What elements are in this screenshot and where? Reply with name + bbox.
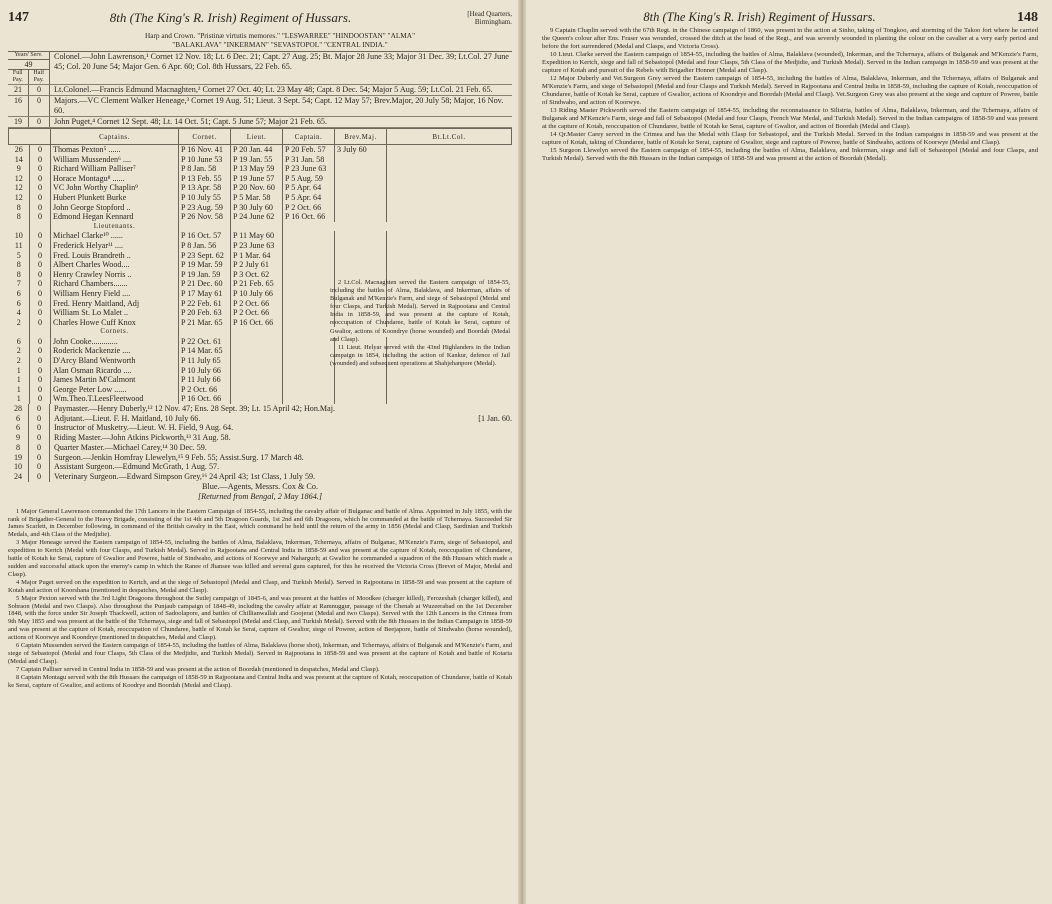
officer-text: Colonel.—John Lawrenson,¹ Cornet 12 Nov.… bbox=[50, 52, 512, 84]
full-pay-years: 6 bbox=[9, 289, 30, 299]
captain-date bbox=[283, 270, 335, 280]
half-pay-header: Half Pay. bbox=[29, 70, 49, 84]
captain-row: 80John George Stopford ..P 23 Aug. 59P 3… bbox=[9, 203, 512, 213]
col-cornet: Cornet. bbox=[179, 129, 231, 145]
footnote: 7 Captain Palliser served in Central Ind… bbox=[8, 666, 512, 674]
book-spread: 147 8th (The King's R. Irish) Regiment o… bbox=[0, 0, 1052, 904]
brevet-major-date bbox=[335, 251, 387, 261]
field-officers: Years' Serv. 49 Full Pay. Half Pay. Colo… bbox=[8, 51, 512, 128]
staff-row: 280Paymaster.—Henry Duberly,¹² 12 Nov. 4… bbox=[8, 404, 512, 414]
full-pay-years: 1 bbox=[9, 394, 30, 404]
brevet-major-date bbox=[335, 183, 387, 193]
brevet-major-date bbox=[335, 241, 387, 251]
footnote: 13 Riding Master Pickworth served the Ea… bbox=[542, 107, 1038, 131]
half-pay-years: 0 bbox=[29, 96, 50, 116]
officer-name: George Peter Low ...... bbox=[51, 385, 179, 395]
brevet-major-date bbox=[335, 155, 387, 165]
cornet-date: P 16 Nov. 41 bbox=[179, 145, 231, 155]
staff-entry: Surgeon.—Jenkin Homfray Llewelyn,¹⁵ 9 Fe… bbox=[50, 453, 512, 463]
cornet-date: P 22 Oct. 61 bbox=[179, 337, 231, 347]
cornet-date: P 21 Mar. 65 bbox=[179, 318, 231, 328]
officer-name: Hubert Plunkett Burke bbox=[51, 193, 179, 203]
half-pay-years: 0 bbox=[29, 85, 50, 95]
running-title: 8th (The King's R. Irish) Regiment of Hu… bbox=[542, 10, 977, 25]
brevet-major-date bbox=[335, 270, 387, 280]
captain-date: P 5 Aug. 59 bbox=[283, 174, 335, 184]
brevet-major-date bbox=[335, 193, 387, 203]
brevet-lt-col-date bbox=[387, 375, 512, 385]
col-brev-maj: Brev.Maj. bbox=[335, 129, 387, 145]
lieut-date: P 11 May 60 bbox=[231, 231, 283, 241]
lieut-date bbox=[231, 375, 283, 385]
full-pay-years: 2 bbox=[9, 356, 30, 366]
officer-name: Albert Charles Wood.... bbox=[51, 260, 179, 270]
footnote: 3 Major Heneage served the Eastern campa… bbox=[8, 539, 512, 579]
full-pay-years: 1 bbox=[9, 366, 30, 376]
left-page: 147 8th (The King's R. Irish) Regiment o… bbox=[0, 0, 520, 904]
cornet-date: P 11 July 66 bbox=[179, 375, 231, 385]
full-pay-years: 2 bbox=[9, 346, 30, 356]
brevet-major-date bbox=[335, 164, 387, 174]
brevet-lt-col-date bbox=[387, 251, 512, 261]
captain-date bbox=[283, 366, 335, 376]
brevet-lt-col-date bbox=[387, 394, 512, 404]
side-notes: 2 Lt.Col. Macnaghten served the Eastern … bbox=[330, 279, 510, 368]
years-total: 49 bbox=[8, 59, 49, 69]
officer-name: John George Stopford .. bbox=[51, 203, 179, 213]
side-note: 2 Lt.Col. Macnaghten served the Eastern … bbox=[330, 279, 510, 344]
half-pay-years: 0 bbox=[30, 385, 51, 395]
captain-row: 140William Mussenden⁶ ....P 10 June 53P … bbox=[9, 155, 512, 165]
full-pay-years: 12 bbox=[9, 174, 30, 184]
brevet-major-date bbox=[335, 203, 387, 213]
officer-name: Henry Crawley Norris .. bbox=[51, 270, 179, 280]
footnote: 12 Major Duberly and Vet.Surgeon Grey se… bbox=[542, 75, 1038, 107]
captain-row: 80Edmond Hegan KennardP 26 Nov. 58P 24 J… bbox=[9, 212, 512, 222]
brevet-lt-col-date bbox=[387, 193, 512, 203]
agents-line: Blue.—Agents, Messrs. Cox & Co. [Returne… bbox=[8, 482, 512, 502]
captain-date bbox=[283, 299, 335, 309]
lieut-date: P 19 June 57 bbox=[231, 174, 283, 184]
footnote: 8 Captain Montagu served with the 8th Hu… bbox=[8, 674, 512, 690]
captain-date bbox=[283, 394, 335, 404]
staff-entry: Quarter Master.—Michael Carey,¹⁴ 30 Dec.… bbox=[50, 443, 512, 453]
lieutenant-row: 80Henry Crawley Norris ..P 19 Jan. 59P 3… bbox=[9, 270, 512, 280]
full-pay-years: 4 bbox=[9, 308, 30, 318]
full-pay-years: 16 bbox=[8, 96, 29, 116]
lieut-date bbox=[231, 385, 283, 395]
lieut-date: P 20 Nov. 60 bbox=[231, 183, 283, 193]
officer-row: Years' Serv. 49 Full Pay. Half Pay. Colo… bbox=[8, 52, 512, 85]
col-captains: Captains. bbox=[51, 129, 179, 145]
right-page-header: 8th (The King's R. Irish) Regiment of Hu… bbox=[542, 10, 1038, 26]
captain-date bbox=[283, 346, 335, 356]
agents: Blue.—Agents, Messrs. Cox & Co. bbox=[8, 482, 512, 492]
returned-from: [Returned from Bengal, 2 May 1864.] bbox=[8, 492, 512, 502]
brevet-lt-col-date bbox=[387, 260, 512, 270]
brevet-lt-col-date bbox=[387, 145, 512, 155]
cornet-date: P 22 Feb. 61 bbox=[179, 299, 231, 309]
full-pay-years: 9 bbox=[8, 433, 29, 443]
half-pay-years: 0 bbox=[30, 279, 51, 289]
lieut-date bbox=[231, 337, 283, 347]
half-pay-years: 0 bbox=[29, 433, 50, 443]
officer-name: William Henry Field .... bbox=[51, 289, 179, 299]
cornet-date: P 23 Sept. 62 bbox=[179, 251, 231, 261]
half-pay-years: 0 bbox=[30, 203, 51, 213]
half-pay-years: 0 bbox=[30, 375, 51, 385]
full-pay-years: 10 bbox=[8, 462, 29, 472]
footnote: 14 Qr.Master Carey served in the Crimea … bbox=[542, 131, 1038, 147]
full-pay-years: 8 bbox=[9, 260, 30, 270]
captain-date bbox=[283, 260, 335, 270]
running-title: 8th (The King's R. Irish) Regiment of Hu… bbox=[29, 10, 432, 26]
brevet-major-date bbox=[335, 385, 387, 395]
officer-name: Fred. Henry Maitland, Adj bbox=[51, 299, 179, 309]
page-number: 147 bbox=[8, 10, 29, 26]
footnote: 9 Captain Chaplin served with the 67th R… bbox=[542, 27, 1038, 51]
footnotes: 9 Captain Chaplin served with the 67th R… bbox=[542, 27, 1038, 163]
cornet-date: P 21 Dec. 60 bbox=[179, 279, 231, 289]
lieut-date bbox=[231, 394, 283, 404]
half-pay-years: 0 bbox=[30, 164, 51, 174]
brevet-lt-col-date bbox=[387, 155, 512, 165]
cornet-row: 10Wm.Theo.T.LeesFleetwoodP 16 Oct. 66 bbox=[9, 394, 512, 404]
full-pay-years: 24 bbox=[8, 472, 29, 482]
full-pay-years: 10 bbox=[9, 231, 30, 241]
officer-row: 16 0 Majors.—VC Clement Walker Heneage,³… bbox=[8, 96, 512, 117]
lieut-date: P 5 Mar. 58 bbox=[231, 193, 283, 203]
cornet-date: P 19 Mar. 59 bbox=[179, 260, 231, 270]
cornet-date: P 13 Feb. 55 bbox=[179, 174, 231, 184]
half-pay-years: 0 bbox=[30, 155, 51, 165]
brevet-major-date: 3 July 60 bbox=[335, 145, 387, 155]
captain-date bbox=[283, 308, 335, 318]
staff-entry: Instructor of Musketry.—Lieut. W. H. Fie… bbox=[50, 423, 512, 433]
cornet-date: P 16 Oct. 66 bbox=[179, 394, 231, 404]
full-pay-years: 19 bbox=[8, 453, 29, 463]
footnotes: 1 Major General Lawrenson commanded the … bbox=[8, 508, 512, 690]
regimental-staff: 280Paymaster.—Henry Duberly,¹² 12 Nov. 4… bbox=[8, 404, 512, 482]
full-pay-years: 8 bbox=[8, 443, 29, 453]
captain-date bbox=[283, 231, 335, 241]
lieut-date: P 16 Oct. 66 bbox=[231, 318, 283, 328]
staff-entry: Assistant Surgeon.—Edmund McGrath, 1 Aug… bbox=[50, 462, 512, 472]
half-pay-years: 0 bbox=[30, 289, 51, 299]
half-pay-years: 0 bbox=[30, 174, 51, 184]
captain-date bbox=[283, 318, 335, 328]
half-pay-years: 0 bbox=[29, 117, 50, 127]
lieut-date: P 1 Mar. 64 bbox=[231, 251, 283, 261]
full-pay-years: 8 bbox=[9, 212, 30, 222]
half-pay-years: 0 bbox=[30, 299, 51, 309]
brevet-lt-col-date bbox=[387, 212, 512, 222]
officer-text: Majors.—VC Clement Walker Heneage,³ Corn… bbox=[50, 96, 512, 116]
lieut-date: P 13 May 59 bbox=[231, 164, 283, 174]
lieut-date: P 19 Jan. 55 bbox=[231, 155, 283, 165]
captain-date: P 31 Jan. 58 bbox=[283, 155, 335, 165]
brevet-lt-col-date bbox=[387, 270, 512, 280]
brevet-lt-col-date bbox=[387, 183, 512, 193]
brevet-major-date bbox=[335, 394, 387, 404]
officer-row: 19 0 John Puget,⁴ Cornet 12 Sept. 48; Lt… bbox=[8, 117, 512, 128]
lieut-date: P 24 June 62 bbox=[231, 212, 283, 222]
lieut-date: P 2 Oct. 66 bbox=[231, 299, 283, 309]
cornet-date: P 20 Feb. 63 bbox=[179, 308, 231, 318]
captain-row: 120Hubert Plunkett BurkeP 10 July 55P 5 … bbox=[9, 193, 512, 203]
captain-date: P 2 Oct. 66 bbox=[283, 203, 335, 213]
cornet-date: P 19 Jan. 59 bbox=[179, 270, 231, 280]
officer-name: Michael Clarke¹⁰ ...... bbox=[51, 231, 179, 241]
cornet-row: 10George Peter Low ......P 2 Oct. 66 bbox=[9, 385, 512, 395]
brevet-lt-col-date bbox=[387, 174, 512, 184]
officer-name: Richard Chambers....... bbox=[51, 279, 179, 289]
officer-name: John Cooke............. bbox=[51, 337, 179, 347]
brevet-lt-col-date bbox=[387, 164, 512, 174]
captain-date bbox=[283, 356, 335, 366]
lieut-date bbox=[231, 366, 283, 376]
brevet-lt-col-date bbox=[387, 241, 512, 251]
officer-name: Horace Montagu⁸ ...... bbox=[51, 174, 179, 184]
officer-text: John Puget,⁴ Cornet 12 Sept. 48; Lt. 14 … bbox=[50, 117, 512, 127]
officer-name: Fred. Louis Brandreth .. bbox=[51, 251, 179, 261]
staff-entry: Veterinary Surgeon.—Edward Simpson Grey,… bbox=[50, 472, 512, 482]
cornet-date: P 23 Aug. 59 bbox=[179, 203, 231, 213]
captain-date: P 5 Apr. 64 bbox=[283, 183, 335, 193]
full-pay-header: Full Pay. bbox=[8, 70, 29, 84]
cornet-date: P 17 May 61 bbox=[179, 289, 231, 299]
half-pay-years: 0 bbox=[30, 193, 51, 203]
half-pay-years: 0 bbox=[29, 462, 50, 472]
cornet-date: P 16 Oct. 57 bbox=[179, 231, 231, 241]
col-bt-lt-col: Bt.Lt.Col. bbox=[387, 129, 512, 145]
rank-table-header: Captains. Cornet. Lieut. Captain. Brev.M… bbox=[9, 129, 512, 145]
full-pay-years: 1 bbox=[9, 385, 30, 395]
staff-row: 100Assistant Surgeon.—Edmund McGrath, 1 … bbox=[8, 462, 512, 472]
half-pay-years: 0 bbox=[29, 404, 50, 414]
officer-name: James Martin M'Calmont bbox=[51, 375, 179, 385]
half-pay-years: 0 bbox=[30, 241, 51, 251]
staff-entry: Adjutant.—Lieut. F. H. Maitland, 10 July… bbox=[50, 414, 478, 424]
half-pay-years: 0 bbox=[30, 337, 51, 347]
cornet-date: P 10 July 55 bbox=[179, 193, 231, 203]
captain-date bbox=[283, 241, 335, 251]
lieutenant-row: 80Albert Charles Wood....P 19 Mar. 59P 2… bbox=[9, 260, 512, 270]
half-pay-years: 0 bbox=[29, 472, 50, 482]
lieut-date: P 2 July 61 bbox=[231, 260, 283, 270]
section-cornets: Cornets. bbox=[51, 327, 179, 337]
officer-name: Edmond Hegan Kennard bbox=[51, 212, 179, 222]
captain-date bbox=[283, 375, 335, 385]
cornet-row: 10James Martin M'CalmontP 11 July 66 bbox=[9, 375, 512, 385]
officer-name: Roderick Mackenzie .... bbox=[51, 346, 179, 356]
half-pay-years: 0 bbox=[30, 251, 51, 261]
lieut-date: P 23 June 63 bbox=[231, 241, 283, 251]
officer-row: 21 0 Lt.Colonel.—Francis Edmund Macnaght… bbox=[8, 85, 512, 96]
captain-row: 120Horace Montagu⁸ ......P 13 Feb. 55P 1… bbox=[9, 174, 512, 184]
brevet-lt-col-date bbox=[387, 231, 512, 241]
captain-date bbox=[283, 279, 335, 289]
officer-text: Lt.Colonel.—Francis Edmund Macnaghten,² … bbox=[50, 85, 512, 95]
footnote: 5 Major Pexton served with the 3rd Light… bbox=[8, 595, 512, 642]
cornet-date: P 2 Oct. 66 bbox=[179, 385, 231, 395]
half-pay-years: 0 bbox=[30, 366, 51, 376]
half-pay-years: 0 bbox=[30, 318, 51, 328]
regimental-honours: Harp and Crown. "Pristinæ virtutis memor… bbox=[48, 32, 512, 49]
captain-date bbox=[283, 385, 335, 395]
full-pay-years: 6 bbox=[9, 337, 30, 347]
half-pay-years: 0 bbox=[29, 414, 50, 424]
half-pay-years: 0 bbox=[30, 212, 51, 222]
lieutenant-row: 110Frederick Helyar¹¹ ....P 8 Jan. 56P 2… bbox=[9, 241, 512, 251]
officer-name: Wm.Theo.T.LeesFleetwood bbox=[51, 394, 179, 404]
officer-name: D'Arcy Bland Wentworth bbox=[51, 356, 179, 366]
staff-row: 80Quarter Master.—Michael Carey,¹⁴ 30 De… bbox=[8, 443, 512, 453]
left-page-header: 147 8th (The King's R. Irish) Regiment o… bbox=[8, 10, 512, 32]
full-pay-years: 12 bbox=[9, 193, 30, 203]
full-pay-years: 6 bbox=[9, 299, 30, 309]
brevet-major-date bbox=[335, 174, 387, 184]
full-pay-years: 1 bbox=[9, 375, 30, 385]
lieutenant-row: 50Fred. Louis Brandreth ..P 23 Sept. 62P… bbox=[9, 251, 512, 261]
full-pay-years: 12 bbox=[9, 183, 30, 193]
lieut-date: P 2 Oct. 66 bbox=[231, 308, 283, 318]
staff-row: 240Veterinary Surgeon.—Edward Simpson Gr… bbox=[8, 472, 512, 482]
cornet-date: P 8 Jan. 56 bbox=[179, 241, 231, 251]
footnote: 6 Captain Mussenden served the Eastern c… bbox=[8, 642, 512, 666]
full-pay-years: 6 bbox=[8, 423, 29, 433]
officer-name: Richard William Palliser⁷ bbox=[51, 164, 179, 174]
staff-entry: Riding Master.—John Atkins Pickworth,¹³ … bbox=[50, 433, 512, 443]
footnote: 15 Surgeon Llewelyn served the Eastern c… bbox=[542, 147, 1038, 163]
page-number: 148 bbox=[1017, 10, 1038, 26]
cornet-date: P 13 Apr. 58 bbox=[179, 183, 231, 193]
footnote: 1 Major General Lawrenson commanded the … bbox=[8, 508, 512, 540]
cornet-date: P 14 Mar. 65 bbox=[179, 346, 231, 356]
brevet-lt-col-date bbox=[387, 385, 512, 395]
cornet-date: P 10 June 53 bbox=[179, 155, 231, 165]
lieut-date: P 3 Oct. 62 bbox=[231, 270, 283, 280]
captain-date: P 23 June 63 bbox=[283, 164, 335, 174]
captain-date bbox=[283, 289, 335, 299]
section-lieutenants: Lieutenants. bbox=[51, 222, 179, 232]
full-pay-years: 8 bbox=[9, 270, 30, 280]
brevet-major-date bbox=[335, 375, 387, 385]
officer-name: Charles Howe Cuff Knox bbox=[51, 318, 179, 328]
captain-date: P 20 Feb. 57 bbox=[283, 145, 335, 155]
officer-name: VC John Worthy Chaplin⁹ bbox=[51, 183, 179, 193]
staff-row: 190Surgeon.—Jenkin Homfray Llewelyn,¹⁵ 9… bbox=[8, 453, 512, 463]
brevet-major-date bbox=[335, 231, 387, 241]
full-pay-years: 21 bbox=[8, 85, 29, 95]
half-pay-years: 0 bbox=[29, 453, 50, 463]
captain-date: P 16 Oct. 66 bbox=[283, 212, 335, 222]
half-pay-years: 0 bbox=[30, 308, 51, 318]
half-pay-years: 0 bbox=[30, 394, 51, 404]
col-captain: Captain. bbox=[283, 129, 335, 145]
half-pay-years: 0 bbox=[30, 356, 51, 366]
cornet-date: P 8 Jan. 58 bbox=[179, 164, 231, 174]
officer-name: Frederick Helyar¹¹ .... bbox=[51, 241, 179, 251]
half-pay-years: 0 bbox=[30, 270, 51, 280]
full-pay-years: 2 bbox=[9, 318, 30, 328]
brevet-lt-col-date bbox=[387, 203, 512, 213]
staff-entry: Paymaster.—Henry Duberly,¹² 12 Nov. 47; … bbox=[50, 404, 512, 414]
lieutenant-row: 100Michael Clarke¹⁰ ......P 16 Oct. 57P … bbox=[9, 231, 512, 241]
captain-date: P 5 Apr. 64 bbox=[283, 193, 335, 203]
full-pay-years: 5 bbox=[9, 251, 30, 261]
footnote: 10 Lieut. Clarke served the Eastern camp… bbox=[542, 51, 1038, 75]
half-pay-years: 0 bbox=[29, 443, 50, 453]
lieut-date: P 21 Feb. 65 bbox=[231, 279, 283, 289]
side-note: 11 Lieut. Helyar served with the 43nd Hi… bbox=[330, 344, 510, 368]
lieut-date: P 10 July 66 bbox=[231, 289, 283, 299]
full-pay-years: 6 bbox=[8, 414, 29, 424]
cornet-date: P 10 July 66 bbox=[179, 366, 231, 376]
half-pay-years: 0 bbox=[29, 423, 50, 433]
officer-name: Thomas Pexton⁵ ...... bbox=[51, 145, 179, 155]
officer-name: William St. Lo Malet .. bbox=[51, 308, 179, 318]
full-pay-years: 26 bbox=[9, 145, 30, 155]
half-pay-years: 0 bbox=[30, 183, 51, 193]
full-pay-years: 19 bbox=[8, 117, 29, 127]
footnote: 4 Major Puget served on the expedition t… bbox=[8, 579, 512, 595]
lieut-date bbox=[231, 356, 283, 366]
staff-entry-continuation: [1 Jan. 60. bbox=[478, 414, 512, 424]
officer-name: Alan Osman Ricardo .... bbox=[51, 366, 179, 376]
full-pay-years: 8 bbox=[9, 203, 30, 213]
col-lieut: Lieut. bbox=[231, 129, 283, 145]
half-pay-years: 0 bbox=[30, 145, 51, 155]
full-pay-years: 28 bbox=[8, 404, 29, 414]
staff-row: 90Riding Master.—John Atkins Pickworth,¹… bbox=[8, 433, 512, 443]
full-pay-years: 9 bbox=[9, 164, 30, 174]
lieut-date: P 30 July 60 bbox=[231, 203, 283, 213]
half-pay-years: 0 bbox=[30, 346, 51, 356]
staff-row: 60Adjutant.—Lieut. F. H. Maitland, 10 Ju… bbox=[8, 414, 512, 424]
half-pay-years: 0 bbox=[30, 231, 51, 241]
captain-date bbox=[283, 337, 335, 347]
officer-name: William Mussenden⁶ .... bbox=[51, 155, 179, 165]
staff-row: 60Instructor of Musketry.—Lieut. W. H. F… bbox=[8, 423, 512, 433]
full-pay-years: 14 bbox=[9, 155, 30, 165]
captain-date bbox=[283, 251, 335, 261]
honours-line: "BALAKLAVA" "INKERMAN" "SEVASTOPOL" "CEN… bbox=[48, 41, 512, 50]
right-page: 8th (The King's R. Irish) Regiment of Hu… bbox=[526, 0, 1052, 904]
full-pay-years: 11 bbox=[9, 241, 30, 251]
cornet-date: P 26 Nov. 58 bbox=[179, 212, 231, 222]
captain-row: 90Richard William Palliser⁷P 8 Jan. 58P … bbox=[9, 164, 512, 174]
full-pay-years: 7 bbox=[9, 279, 30, 289]
years-serv-header: Years' Serv. bbox=[8, 52, 49, 59]
brevet-major-date bbox=[335, 212, 387, 222]
cornet-date: P 11 July 65 bbox=[179, 356, 231, 366]
lieut-date bbox=[231, 346, 283, 356]
brevet-major-date bbox=[335, 260, 387, 270]
captain-row: 260Thomas Pexton⁵ ......P 16 Nov. 41P 20… bbox=[9, 145, 512, 155]
half-pay-years: 0 bbox=[30, 260, 51, 270]
lieut-date: P 20 Jan. 44 bbox=[231, 145, 283, 155]
captain-row: 120VC John Worthy Chaplin⁹P 13 Apr. 58P … bbox=[9, 183, 512, 193]
head-quarters: [Head Quarters, Birmingham. bbox=[432, 10, 512, 26]
